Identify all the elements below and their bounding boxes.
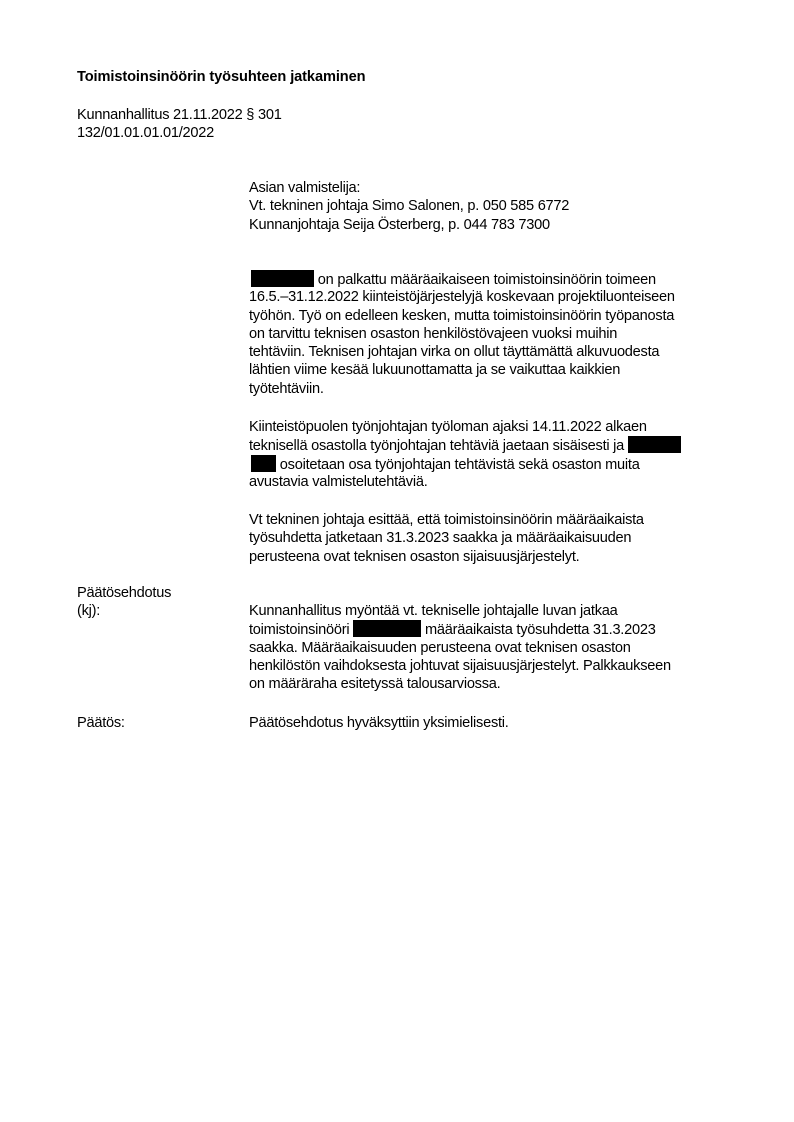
paragraph-line: työhön. Työ on edelleen kesken, mutta to… xyxy=(249,307,675,325)
redaction-box xyxy=(251,455,276,472)
paragraph-line: lähtien viime kesää lukuunottamatta ja s… xyxy=(249,361,675,379)
paragraph-line: avustavia valmistelutehtäviä. xyxy=(249,473,681,491)
paragraph-line: teknisellä osastolla työnjohtajan tehtäv… xyxy=(249,436,681,454)
proposal-text: Kunnanhallitus myöntää vt. tekniselle jo… xyxy=(249,602,671,693)
paragraph-foreman-duties: Kiinteistöpuolen työnjohtajan työloman a… xyxy=(249,418,681,491)
paragraph-line: perusteena ovat teknisen osaston sijaisu… xyxy=(249,548,644,566)
paragraph-line: työtehtäviin. xyxy=(249,380,675,398)
paragraph-line: saakka. Määräaikaisuuden perusteena ovat… xyxy=(249,639,671,657)
paragraph-line: on tarvittu teknisen osaston henkilöstöv… xyxy=(249,325,675,343)
paragraph-line: Kunnanhallitus myöntää vt. tekniselle jo… xyxy=(249,602,671,620)
paragraph-line: Vt tekninen johtaja esittää, että toimis… xyxy=(249,511,644,529)
paragraph-background: on palkattu määräaikaiseen toimistoinsin… xyxy=(249,270,675,398)
preparer-1: Vt. tekninen johtaja Simo Salonen, p. 05… xyxy=(249,197,569,215)
preparers-block: Asian valmistelija: Vt. tekninen johtaja… xyxy=(249,179,569,234)
paragraph-line: 16.5.–31.12.2022 kiinteistöjärjestelyjä … xyxy=(249,288,675,306)
paragraph-line: Kiinteistöpuolen työnjohtajan työloman a… xyxy=(249,418,681,436)
paragraph-line: henkilöstön vaihdoksesta johtuvat sijais… xyxy=(249,657,671,675)
preparer-2: Kunnanjohtaja Seija Österberg, p. 044 78… xyxy=(249,216,569,234)
paragraph-line: on palkattu määräaikaiseen toimistoinsin… xyxy=(249,270,675,288)
paragraph-line: toimistoinsinööri määräaikaista työsuhde… xyxy=(249,620,671,638)
record-number: 132/01.01.01.01/2022 xyxy=(77,124,282,142)
decision-text: Päätösehdotus hyväksyttiin yksimielisest… xyxy=(249,714,509,732)
paragraph-line: tehtäviin. Teknisen johtajan virka on ol… xyxy=(249,343,675,361)
paragraph-proposal-reasoning: Vt tekninen johtaja esittää, että toimis… xyxy=(249,511,644,566)
proposal-label: Päätösehdotus (kj): xyxy=(77,584,171,621)
decision-label: Päätös: xyxy=(77,714,125,732)
redaction-box xyxy=(628,436,681,453)
meeting-reference: Kunnanhallitus 21.11.2022 § 301 132/01.0… xyxy=(77,106,282,143)
meeting-line: Kunnanhallitus 21.11.2022 § 301 xyxy=(77,106,282,124)
paragraph-line: osoitetaan osa työnjohtajan tehtävistä s… xyxy=(249,455,681,473)
paragraph-line: on määräraha esitetyssä talousarviossa. xyxy=(249,675,671,693)
preparers-heading: Asian valmistelija: xyxy=(249,179,569,197)
redaction-box xyxy=(251,270,314,287)
paragraph-line: työsuhdetta jatketaan 31.3.2023 saakka j… xyxy=(249,529,644,547)
redaction-box xyxy=(353,620,421,637)
document-title: Toimistoinsinöörin työsuhteen jatkaminen xyxy=(77,69,365,85)
